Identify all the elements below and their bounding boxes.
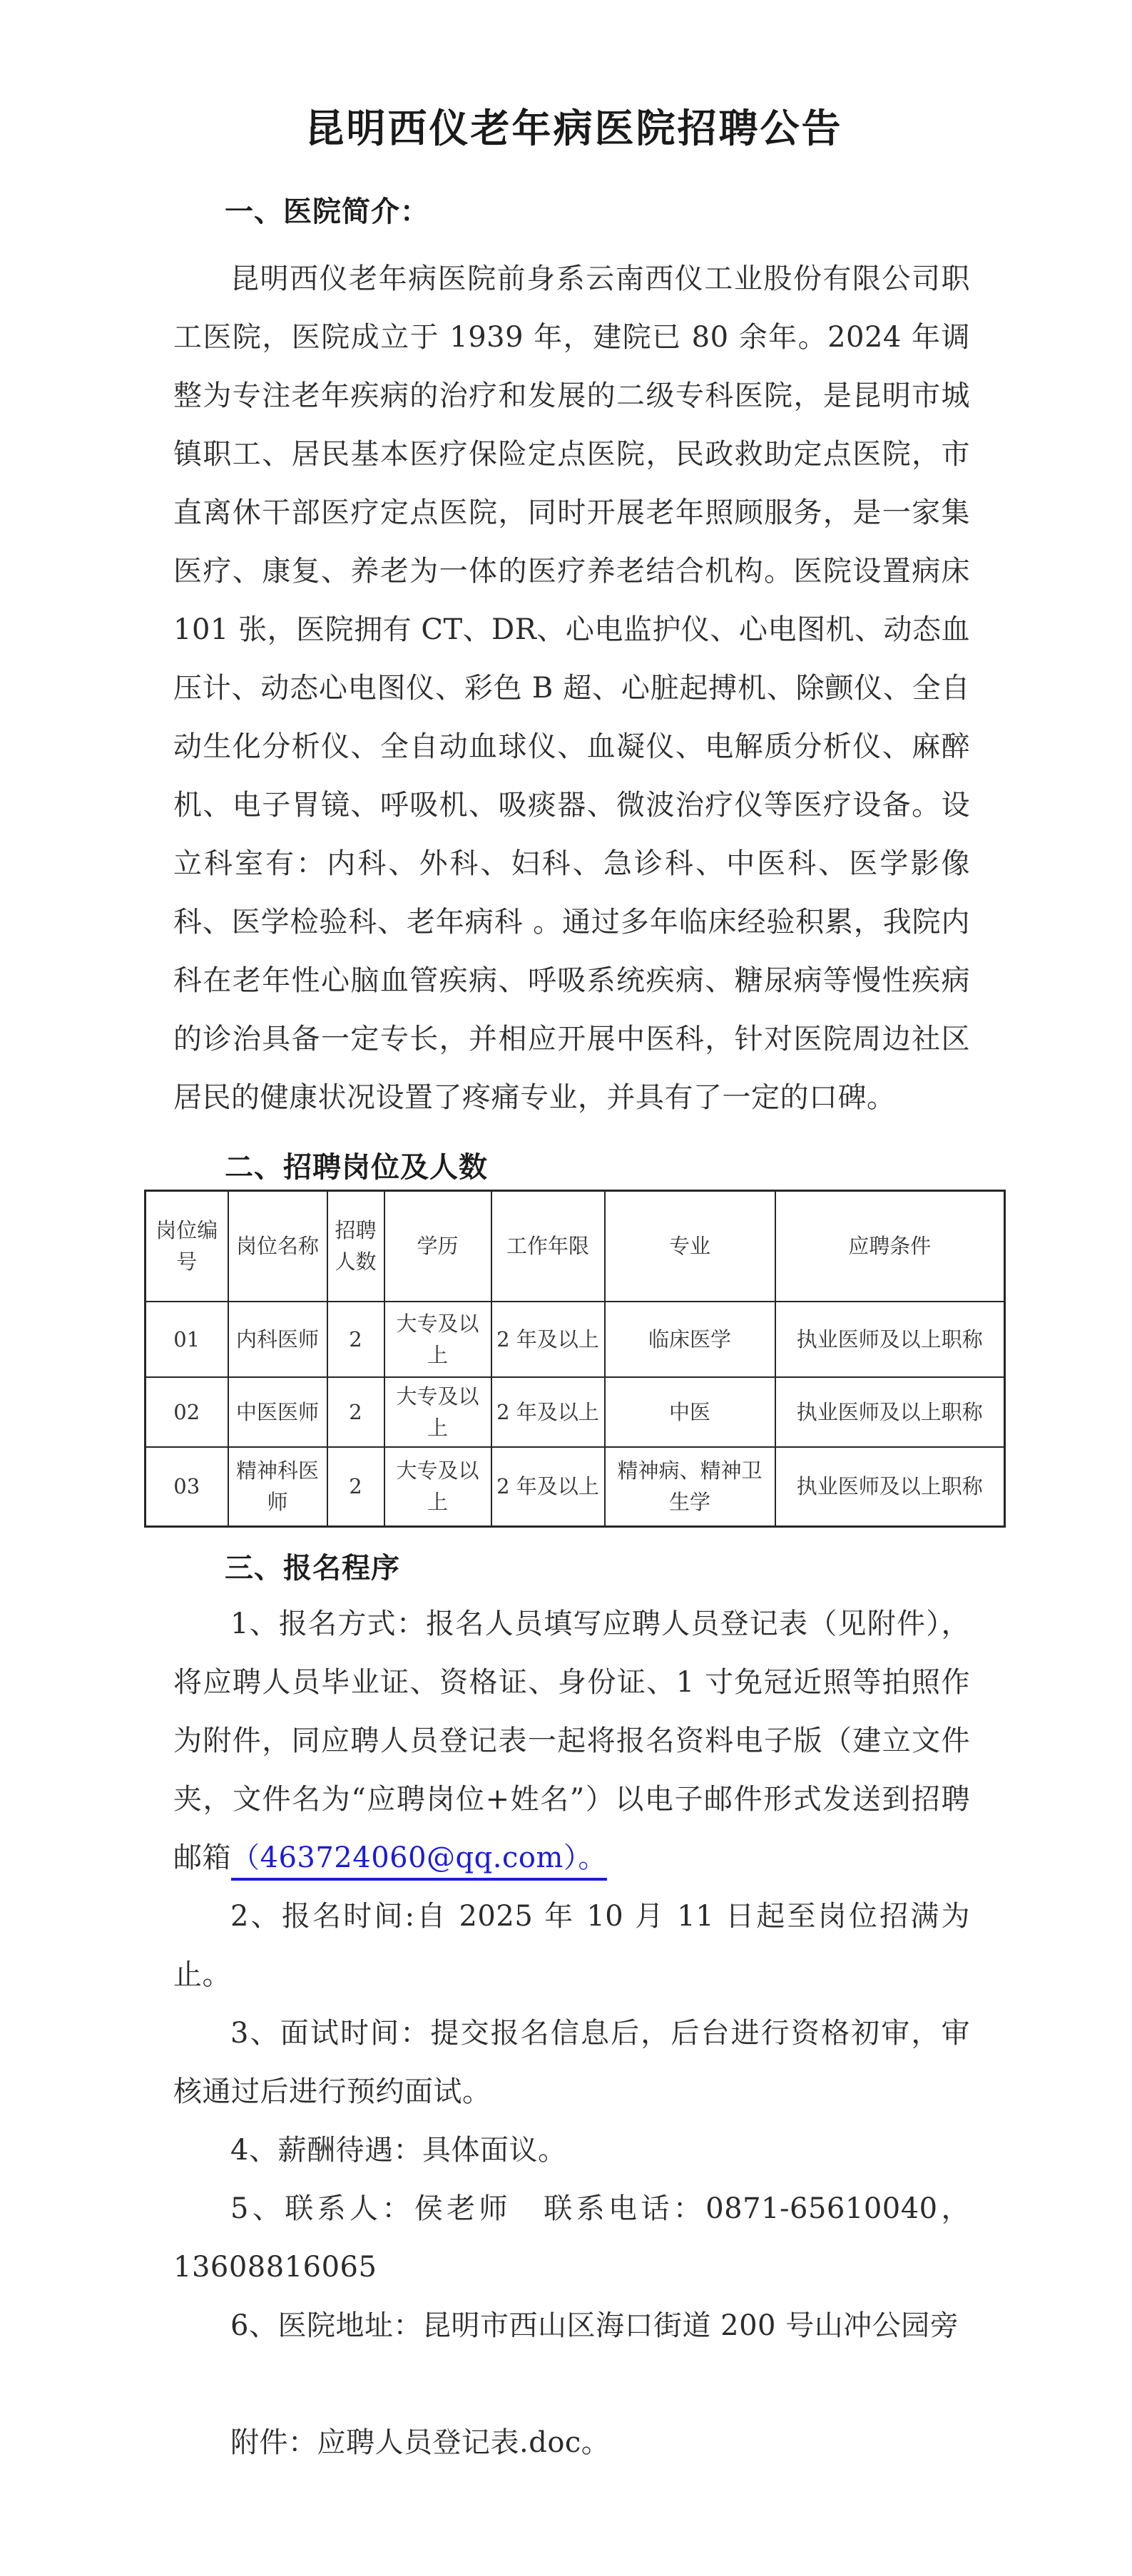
col-header-education: 学历 bbox=[384, 1191, 491, 1302]
recruitment-email-link[interactable]: （463724060@qq.com）。 bbox=[231, 1841, 607, 1881]
cell-requirements: 执业医师及以上职称 bbox=[775, 1302, 1005, 1377]
cell-position-name: 精神科医师 bbox=[228, 1447, 327, 1527]
col-header-experience: 工作年限 bbox=[491, 1191, 605, 1302]
col-header-major: 专业 bbox=[605, 1191, 775, 1302]
cell-requirements: 执业医师及以上职称 bbox=[775, 1377, 1005, 1447]
col-header-headcount: 招聘人数 bbox=[327, 1191, 384, 1302]
announcement-page: 昆明西仪老年病医院招聘公告 一、医院简介： 昆明西仪老年病医院前身系云南西仪工业… bbox=[0, 0, 1132, 2576]
col-header-requirements: 应聘条件 bbox=[775, 1191, 1005, 1302]
cell-position-name: 中医医师 bbox=[228, 1377, 327, 1447]
procedure-item-1: 1、报名方式：报名人员填写应聘人员登记表（见附件），将应聘人员毕业证、资格证、身… bbox=[173, 1595, 970, 1887]
cell-experience: 2 年及以上 bbox=[491, 1447, 605, 1527]
cell-major: 临床医学 bbox=[605, 1302, 775, 1377]
procedure-item-2: 2、报名时间:自 2025 年 10 月 11 日起至岗位招满为止。 bbox=[173, 1887, 970, 2004]
cell-education: 大专及以上 bbox=[384, 1302, 491, 1377]
cell-education: 大专及以上 bbox=[384, 1377, 491, 1447]
cell-experience: 2 年及以上 bbox=[491, 1377, 605, 1447]
procedure-item-1-text: 1、报名方式：报名人员填写应聘人员登记表（见附件），将应聘人员毕业证、资格证、身… bbox=[173, 1608, 970, 1874]
cell-position-code: 02 bbox=[146, 1377, 228, 1447]
table-row: 01 内科医师 2 大专及以上 2 年及以上 临床医学 执业医师及以上职称 bbox=[146, 1302, 1005, 1377]
section-heading-hospital-intro: 一、医院简介： bbox=[225, 194, 1004, 230]
procedure-item-5: 5、联系人：侯老师 联系电话：0871-65610040，13608816065 bbox=[173, 2179, 970, 2296]
cell-education: 大专及以上 bbox=[384, 1447, 491, 1527]
attachment-note: 附件：应聘人员登记表.doc。 bbox=[173, 2413, 970, 2472]
cell-major: 中医 bbox=[605, 1377, 775, 1447]
hospital-intro-paragraph: 昆明西仪老年病医院前身系云南西仪工业股份有限公司职工医院，医院成立于 1939 … bbox=[173, 250, 970, 1127]
section-heading-positions: 二、招聘岗位及人数 bbox=[225, 1150, 1004, 1185]
col-header-position-code: 岗位编号 bbox=[146, 1191, 228, 1302]
table-row: 03 精神科医师 2 大专及以上 2 年及以上 精神病、精神卫生学 执业医师及以… bbox=[146, 1447, 1005, 1527]
procedure-item-4: 4、薪酬待遇：具体面议。 bbox=[173, 2121, 970, 2179]
section-heading-application-procedure: 三、报名程序 bbox=[225, 1550, 1004, 1586]
cell-headcount: 2 bbox=[327, 1447, 384, 1527]
cell-position-code: 01 bbox=[146, 1302, 228, 1377]
cell-major: 精神病、精神卫生学 bbox=[605, 1447, 775, 1527]
table-row: 02 中医医师 2 大专及以上 2 年及以上 中医 执业医师及以上职称 bbox=[146, 1377, 1005, 1447]
cell-headcount: 2 bbox=[327, 1377, 384, 1447]
recruitment-table: 岗位编号 岗位名称 招聘人数 学历 工作年限 专业 应聘条件 01 内科医师 2… bbox=[144, 1190, 1006, 1528]
procedure-item-3: 3、面试时间：提交报名信息后，后台进行资格初审，审核通过后进行预约面试。 bbox=[173, 2004, 970, 2121]
cell-headcount: 2 bbox=[327, 1302, 384, 1377]
cell-position-name: 内科医师 bbox=[228, 1302, 327, 1377]
table-header-row: 岗位编号 岗位名称 招聘人数 学历 工作年限 专业 应聘条件 bbox=[146, 1191, 1005, 1302]
cell-experience: 2 年及以上 bbox=[491, 1302, 605, 1377]
procedure-item-6: 6、医院地址：昆明市西山区海口街道 200 号山冲公园旁 bbox=[173, 2296, 970, 2355]
cell-position-code: 03 bbox=[146, 1447, 228, 1527]
cell-requirements: 执业医师及以上职称 bbox=[775, 1447, 1005, 1527]
col-header-position-name: 岗位名称 bbox=[228, 1191, 327, 1302]
page-title: 昆明西仪老年病医院招聘公告 bbox=[144, 103, 1004, 153]
